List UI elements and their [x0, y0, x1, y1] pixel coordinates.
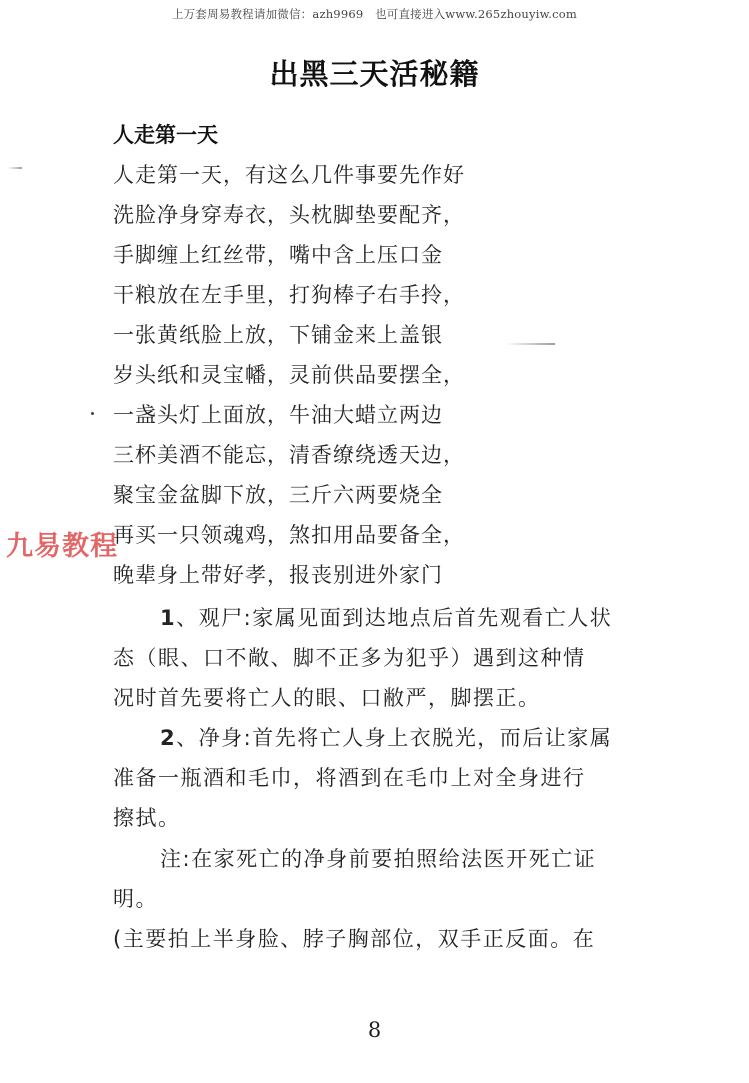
paragraph-2-line-3: 擦拭。 [113, 802, 613, 832]
paragraph-1-line-2: 态（眼、口不敞、脚不正多为犯乎）遇到这种情 [113, 642, 613, 672]
paragraph-number: 1 [160, 606, 176, 630]
note-line-2: 明。 [113, 883, 613, 913]
verse-line: 洗脸净身穿寿衣，头枕脚垫要配齐， [113, 199, 465, 229]
page-title: 出黑三天活秘籍 [0, 52, 749, 93]
verse-line: 岁头纸和灵宝幡，灵前供品要摆全， [113, 359, 465, 389]
paragraph-number: 2 [160, 726, 176, 750]
section-heading: 人走第一天 [113, 119, 218, 149]
scan-artifact [8, 167, 22, 169]
scan-dot [91, 412, 94, 415]
page-number: 8 [0, 1018, 749, 1042]
verse-line: 三杯美酒不能忘，清香缭绕透天边， [113, 439, 465, 469]
paragraph-3-line-1: (主要拍上半身脸、脖子胸部位，双手正反面。在 [113, 923, 613, 953]
verse-line: 一张黄纸脸上放，下铺金来上盖银 [113, 319, 443, 349]
verse-line: 再买一只领魂鸡，煞扣用品要备全， [113, 519, 465, 549]
verse-line: 人走第一天，有这么几件事要先作好 [113, 159, 465, 189]
verse-line: 晚辈身上带好孝，报丧别进外家门 [113, 559, 443, 589]
paragraph-text: 、净身:首先将亡人身上衣脱光，而后让家属 [176, 726, 612, 750]
verse-line: 手脚缠上红丝带，嘴中含上压口金 [113, 239, 443, 269]
paragraph-2-line-2: 准备一瓶酒和毛巾，将酒到在毛巾上对全身进行 [113, 762, 613, 792]
watermark-logo: 九易教程 [6, 524, 118, 563]
paragraph-text: 、观尸:家属见面到达地点后首先观看亡人状 [176, 606, 612, 630]
paragraph-2-line-1: 2、净身:首先将亡人身上衣脱光，而后让家属 [160, 722, 660, 752]
verse-line: 一盏头灯上面放，牛油大蜡立两边 [113, 399, 443, 429]
header-banner: 上万套周易教程请加微信：azh9969 也可直接进入www.265zhouyiw… [0, 6, 749, 22]
scan-artifact [505, 343, 555, 345]
paragraph-1-line-3: 况时首先要将亡人的眼、口敝严，脚摆正。 [113, 682, 613, 712]
paragraph-1-line-1: 1、观尸:家属见面到达地点后首先观看亡人状 [160, 602, 660, 632]
verse-line: 聚宝金盆脚下放，三斤六两要烧全 [113, 479, 443, 509]
note-line-1: 注:在家死亡的净身前要拍照给法医开死亡证 [160, 843, 660, 873]
verse-line: 干粮放在左手里，打狗棒子右手拎， [113, 279, 465, 309]
